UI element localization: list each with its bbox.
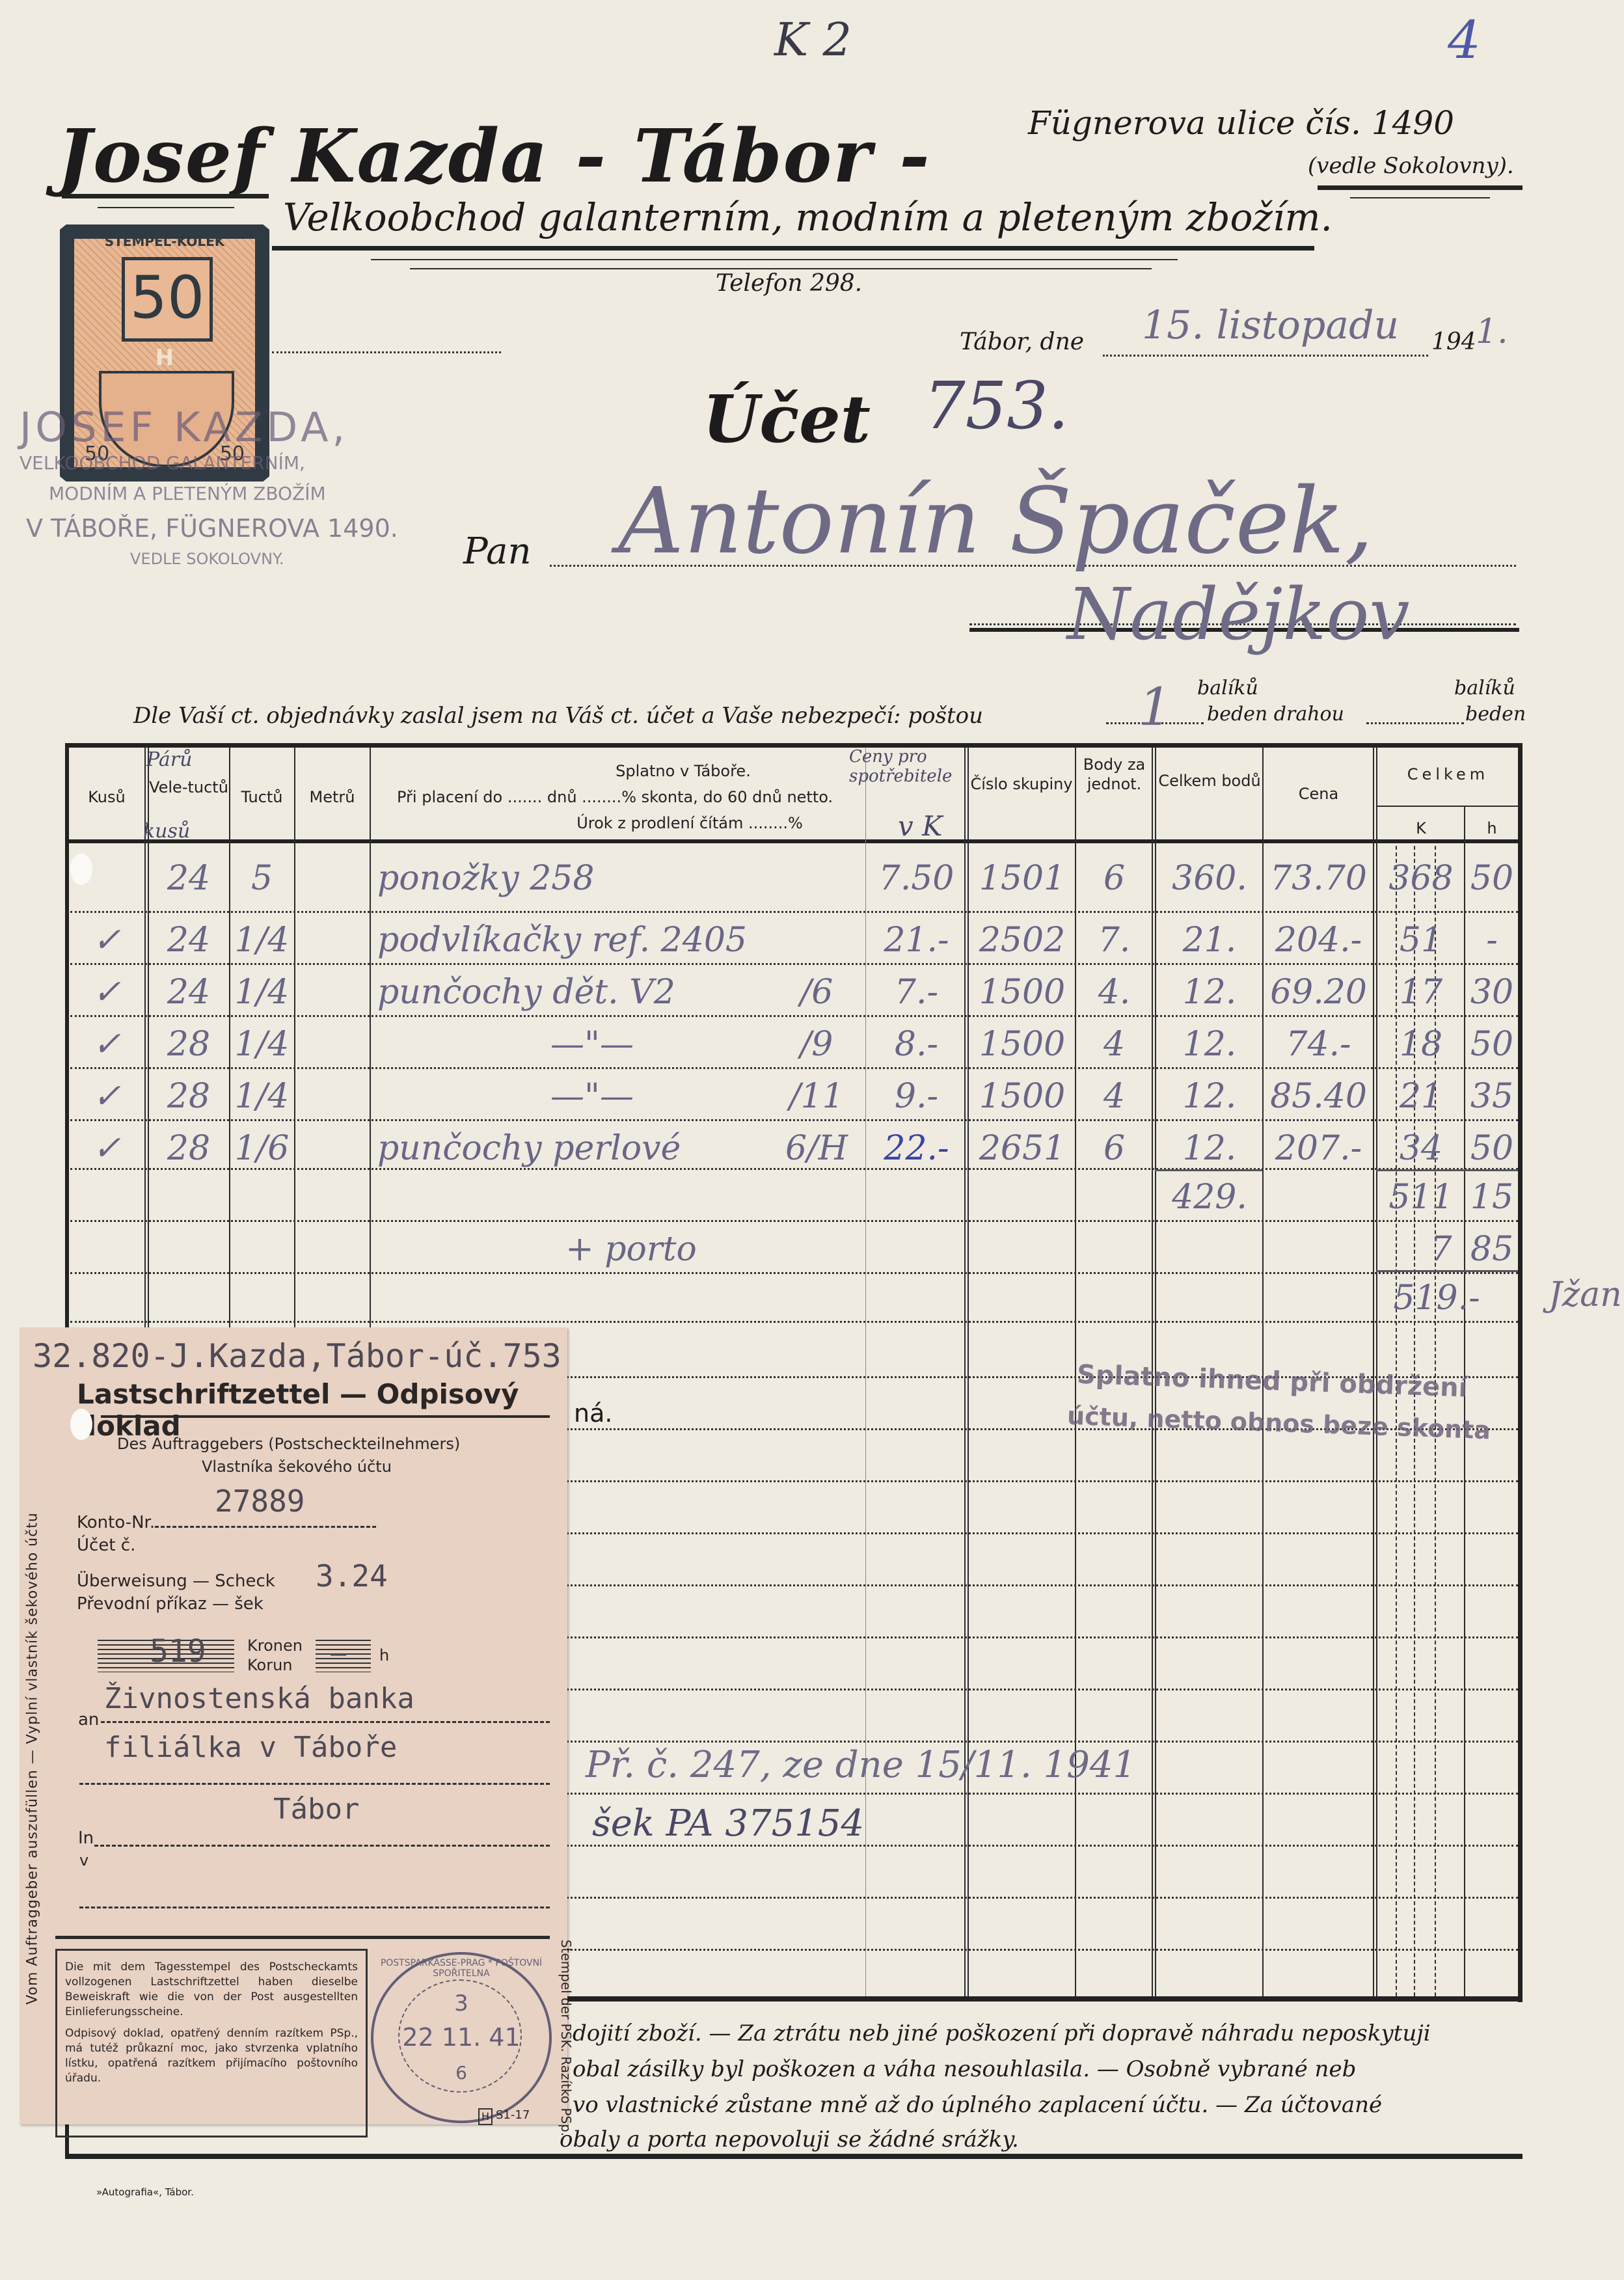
slip-notice-box: Die mit dem Tagesstempel des Postschecka… (55, 1949, 368, 2137)
footer-terms-line4: obaly a porta nepovoluji se žádné srážky… (560, 2126, 1019, 2152)
signature-line (272, 351, 501, 353)
divider (62, 194, 269, 198)
row-total-points: 12. (1157, 1077, 1262, 1116)
row-total-k: 34 (1378, 1129, 1464, 1168)
date-year-prefix: 194 (1431, 329, 1476, 355)
porto-label: + porto (534, 1230, 729, 1269)
printer-imprint: »Autografia«, Tábor. (96, 2186, 194, 2198)
row-unit-price: 22.- (869, 1129, 964, 1168)
row-total-points: 12. (1157, 1129, 1262, 1168)
company-stamp-line2: VELKOOBCHOD GALANTERNÍM, (20, 452, 305, 474)
slip-side-vertical-2: Stempel der PSK. Razítko PSp. (558, 1921, 574, 2155)
slip-title: Lastschriftzettel — Odpisový doklad (77, 1378, 567, 1442)
row-desc: ponožky 258 (377, 859, 742, 898)
divider (371, 259, 1178, 260)
table-top-border (65, 743, 1522, 748)
col-divider (968, 747, 969, 1996)
row-total-h: 50 (1465, 1025, 1519, 1064)
invoice-label: Účet (703, 381, 871, 457)
row-price: 73.70 (1264, 859, 1373, 898)
row-check: ✓ (69, 1077, 144, 1116)
row-unit-price: 9.- (869, 1077, 964, 1116)
row-check: ✓ (69, 973, 144, 1012)
row-price: 207.- (1264, 1129, 1373, 1168)
row-desc: —"— (494, 1077, 690, 1116)
slip-form-code: S1-17 (496, 2108, 530, 2122)
row-sub: /9 (768, 1025, 865, 1064)
company-stamp-line5: VEDLE SOKOLOVNY. (130, 550, 284, 568)
slip-konto-value: 27889 (215, 1484, 304, 1519)
slip-an-label: an (78, 1710, 99, 1730)
in-line (94, 1845, 550, 1847)
header-terms-3: Úrok z prodlení čítám ........% (540, 813, 839, 833)
row-total-h: 30 (1465, 973, 1519, 1012)
row-check: ✓ (69, 1129, 144, 1168)
tax-stamp-top-text: STEMPEL-KOLEK (60, 234, 269, 249)
punch-hole (70, 854, 92, 885)
company-name: Josef Kazda - Tábor - (57, 114, 931, 199)
header-metru: Metrů (295, 787, 370, 807)
handwritten-k2: K 2 (774, 13, 852, 66)
row-unit-price: 7.- (869, 973, 964, 1012)
slip-kronen: Kronen (247, 1636, 303, 1655)
footer-terms-line2: obal zásilky byl poškozen a váha nesouhl… (573, 2056, 1356, 2082)
row-separator (70, 1220, 1518, 1222)
postal-debit-slip: 32.820-J.Kazda,Tábor-úč.753 Lastschriftz… (20, 1327, 567, 2124)
company-street-note: (vedle Sokolovny). (1308, 153, 1514, 179)
row-total-k: 51 (1378, 921, 1464, 960)
payment-note-1: Př. č. 247, ze dne 15/11. 1941 (586, 1744, 1136, 1786)
postmark-outer-ring: POSTSPARKASSE-PRAG * POŠTOVNÍ SPOŘITELNA… (371, 1952, 552, 2123)
row-points: 7. (1077, 921, 1152, 960)
recipient-label: Pan (463, 530, 532, 573)
subtotal-k: 511 (1378, 1178, 1464, 1217)
footer-bottom-border (65, 2154, 1522, 2159)
row-separator (70, 1119, 1518, 1121)
row-points: 6 (1077, 859, 1152, 898)
divider (1350, 197, 1490, 198)
slip-bank-line2: filiálka v Táboře (104, 1731, 397, 1764)
slip-owner-cz: Vlastníka šekového účtu (202, 1458, 392, 1476)
postmark-ring-text: POSTSPARKASSE-PRAG * POŠTOVNÍ SPOŘITELNA (373, 1958, 549, 1979)
company-street: Fügnerova ulice čís. 1490 (1028, 104, 1454, 142)
slip-amount-value: 519 (150, 1633, 206, 1670)
date-handwritten: 15. listopadu (1142, 303, 1399, 348)
row-unit-price: 21.- (869, 921, 964, 960)
company-stamp-line4: V TÁBOŘE, FÜGNEROVA 1490. (26, 514, 398, 543)
company-tagline: Velkoobchod galanterním, modním a pleten… (283, 195, 1333, 239)
row-group: 2502 (969, 921, 1075, 960)
row-unit-price: 8.- (869, 1025, 964, 1064)
row-separator (70, 911, 1518, 913)
row-vele: 28 (148, 1129, 229, 1168)
slip-transfer-cz: Převodní příkaz — šek (77, 1594, 264, 1614)
slip-bank-city: Tábor (273, 1793, 359, 1826)
payment-stamp-line2: účtu, netto obnos beze skonta (1066, 1402, 1491, 1445)
row-tuctu: 5 (230, 859, 294, 898)
postmark-date: 22 11. 41 (373, 2023, 549, 2052)
slip-in-label: In (78, 1828, 94, 1848)
row-points: 6 (1077, 1129, 1152, 1168)
header-h: h (1465, 819, 1519, 838)
row-desc: punčochy perlové (377, 1129, 768, 1168)
header-unit-price-handwritten: Ceny pro spotřebitele (849, 747, 966, 786)
row-group: 2651 (969, 1129, 1075, 1168)
company-phone: Telefon 298. (716, 270, 862, 297)
recipient-place: Nadějkov (1067, 573, 1409, 656)
row-total-k: 368 (1378, 859, 1464, 898)
date-line (1103, 355, 1428, 357)
header-vele-handwritten-bottom: kusů (143, 820, 190, 843)
slip-side-vertical-1: Vom Auftraggeber auszufüllen — Vyplní vl… (25, 1433, 41, 2084)
row-tuctu: 1/4 (230, 921, 294, 960)
row-sub: 6/H (768, 1129, 865, 1168)
row-vele: 28 (148, 1077, 229, 1116)
row-vele: 28 (148, 1025, 229, 1064)
row-separator (70, 1067, 1518, 1069)
shipping-beden-drahou: beden drahou (1207, 703, 1344, 726)
slip-ucet-label: Účet č. (77, 1536, 135, 1555)
payment-note-2: šek PA 375154 (592, 1802, 864, 1845)
blank-line (79, 1907, 550, 1908)
row-tuctu: 1/4 (230, 1077, 294, 1116)
row-sub: /6 (768, 973, 865, 1012)
row-price: 74.- (1264, 1025, 1373, 1064)
subtotal-points: 429. (1157, 1178, 1262, 1217)
subtotal-underline (1376, 1169, 1518, 1171)
date-year-suffix: 1. (1476, 312, 1508, 351)
col-divider (865, 747, 866, 1996)
row-total-k: 17 (1378, 973, 1464, 1012)
header-unit-price-k: v K (898, 810, 942, 842)
header-celkem-bodu: Celkem bodů (1157, 771, 1262, 791)
row-group: 1500 (969, 1077, 1075, 1116)
header-kusu: Kusů (69, 787, 144, 807)
celkem-divider (1376, 806, 1519, 807)
subtotal-h: 15 (1465, 1178, 1519, 1217)
row-desc: podvlíkačky ref. 2405 (377, 921, 768, 960)
margin-initials: Jžan (1549, 1275, 1622, 1314)
header-vele-handwritten-top: Párů (146, 748, 192, 771)
header-cislo-skupiny: Číslo skupiny (969, 774, 1074, 794)
row-total-h: 50 (1465, 1129, 1519, 1168)
konto-line (155, 1526, 376, 1528)
footer-terms-line1: dojití zboží. — Za ztrátu neb jiné poško… (573, 2020, 1431, 2046)
row-vele: 24 (148, 921, 229, 960)
footer-terms-line3: vo vlastnické zůstane mně až do úplného … (573, 2092, 1382, 2118)
slip-v-label: v (79, 1851, 88, 1869)
col-divider (964, 747, 966, 1996)
handwritten-page-number: 4 (1448, 10, 1481, 70)
porto-h: 85 (1465, 1230, 1519, 1269)
divider (410, 268, 1152, 269)
row-group: 1501 (969, 859, 1075, 898)
row-total-h: 50 (1465, 859, 1519, 898)
divider (101, 1415, 550, 1418)
company-stamp-line3: MODNÍM A PLETENÝM ZBOŽÍM (49, 483, 326, 504)
divider (1318, 185, 1522, 190)
postmark-top: 3 (373, 1990, 549, 2016)
header-tuctu: Tuctů (230, 787, 294, 807)
row-points: 4 (1077, 1077, 1152, 1116)
date-label: Tábor, dne (960, 329, 1084, 355)
shipping-beden: beden (1465, 703, 1526, 726)
row-total-k: 21 (1378, 1077, 1464, 1116)
slip-notice-de: Die mit dem Tagesstempel des Postschecka… (65, 1960, 358, 2020)
shipping-baliku-2: balíků (1454, 677, 1515, 699)
row-price: 85.40 (1264, 1077, 1373, 1116)
header-cena: Cena (1264, 784, 1373, 804)
row-tuctu: 1/4 (230, 1025, 294, 1064)
row-vele: 24 (148, 859, 229, 898)
payment-stamp-line1: Splatno ihned při obdržení (1076, 1360, 1468, 1404)
row-points: 4 (1077, 1025, 1152, 1064)
divider (55, 1936, 550, 1939)
shipping-line (1366, 722, 1464, 724)
row-separator (70, 1272, 1518, 1274)
divider (98, 207, 234, 208)
header-celkem: Celkem (1378, 765, 1518, 784)
slip-bank-line1: Živnostenská banka (104, 1682, 414, 1715)
recipient-name: Antonín Špaček, (618, 468, 1374, 575)
porto-k: 7 (1418, 1230, 1464, 1269)
table-header-border (65, 839, 1522, 843)
row-sub: /11 (768, 1077, 865, 1116)
subtotal-underline (1155, 1169, 1262, 1171)
divider (272, 246, 1314, 251)
postmark-bottom: 6 (373, 2062, 549, 2083)
row-desc: punčochy dět. V2 (377, 973, 768, 1012)
slip-transfer-value: 3.24 (316, 1558, 388, 1594)
row-separator (70, 963, 1518, 965)
row-total-points: 360. (1157, 859, 1262, 898)
row-total-points: 21. (1157, 921, 1262, 960)
slip-h-label: h (379, 1646, 389, 1664)
row-total-points: 12. (1157, 1025, 1262, 1064)
total-underline (1376, 1270, 1518, 1272)
slip-h-value: — (331, 1638, 346, 1668)
slip-owner-de: Des Auftraggebers (Postscheckteilnehmers… (117, 1435, 460, 1453)
row-desc: —"— (494, 1025, 690, 1064)
row-points: 4. (1077, 973, 1152, 1012)
row-price: 204.- (1264, 921, 1373, 960)
row-total-h: 35 (1465, 1077, 1519, 1116)
header-body-za-jednot: Body za jednot. (1077, 755, 1152, 794)
row-separator (70, 1015, 1518, 1017)
row-total-points: 12. (1157, 973, 1262, 1012)
table-right-border (1518, 743, 1522, 2002)
row-tuctu: 1/6 (230, 1129, 294, 1168)
row-separator (70, 1321, 1518, 1323)
invoice-number: 753. (924, 368, 1069, 444)
tax-stamp-unit: H (60, 345, 269, 371)
row-check: ✓ (69, 921, 144, 960)
shipping-count: 1 (1139, 677, 1172, 737)
bank-line (79, 1783, 550, 1785)
row-tuctu: 1/4 (230, 973, 294, 1012)
row-group: 1500 (969, 1025, 1075, 1064)
row-group: 1500 (969, 973, 1075, 1012)
slip-typed-header: 32.820-J.Kazda,Tábor-úč.753 (33, 1337, 562, 1375)
slip-notice-cz: Odpisový doklad, opatřený denním razítke… (65, 2026, 358, 2086)
company-stamp-line1: JOSEF KAZDA, (20, 403, 349, 451)
row-unit-price: 7.50 (869, 859, 964, 898)
header-vele-tuctu: Vele-tuctů (148, 778, 229, 797)
slip-form-code-box: H (478, 2108, 493, 2125)
header-terms-2: Při placení do ....... dnů ........% sko… (397, 787, 956, 807)
row-total-k: 18 (1378, 1025, 1464, 1064)
slip-transfer-de: Überweisung — Scheck (77, 1571, 275, 1591)
slip-konto-label: Konto-Nr. (77, 1513, 155, 1532)
tax-stamp-value: 50 (122, 257, 213, 342)
slip-korun: Korun (247, 1656, 293, 1674)
an-line (101, 1721, 550, 1723)
row-total-h: - (1465, 921, 1519, 960)
row-separator (70, 1168, 1518, 1170)
row-price: 69.20 (1264, 973, 1373, 1012)
partial-text: ná. (574, 1399, 612, 1428)
shipping-text: Dle Vaší ct. objednávky zaslal jsem na V… (133, 703, 983, 729)
row-check: ✓ (69, 1025, 144, 1064)
row-vele: 24 (148, 973, 229, 1012)
col-divider (1075, 747, 1076, 1996)
grand-total: 519.- (1378, 1279, 1495, 1318)
punch-hole (70, 1409, 92, 1440)
header-k: K (1378, 819, 1464, 838)
header-terms-1: Splatno v Táboře. (521, 761, 846, 781)
shipping-baliku: balíků (1197, 677, 1258, 699)
